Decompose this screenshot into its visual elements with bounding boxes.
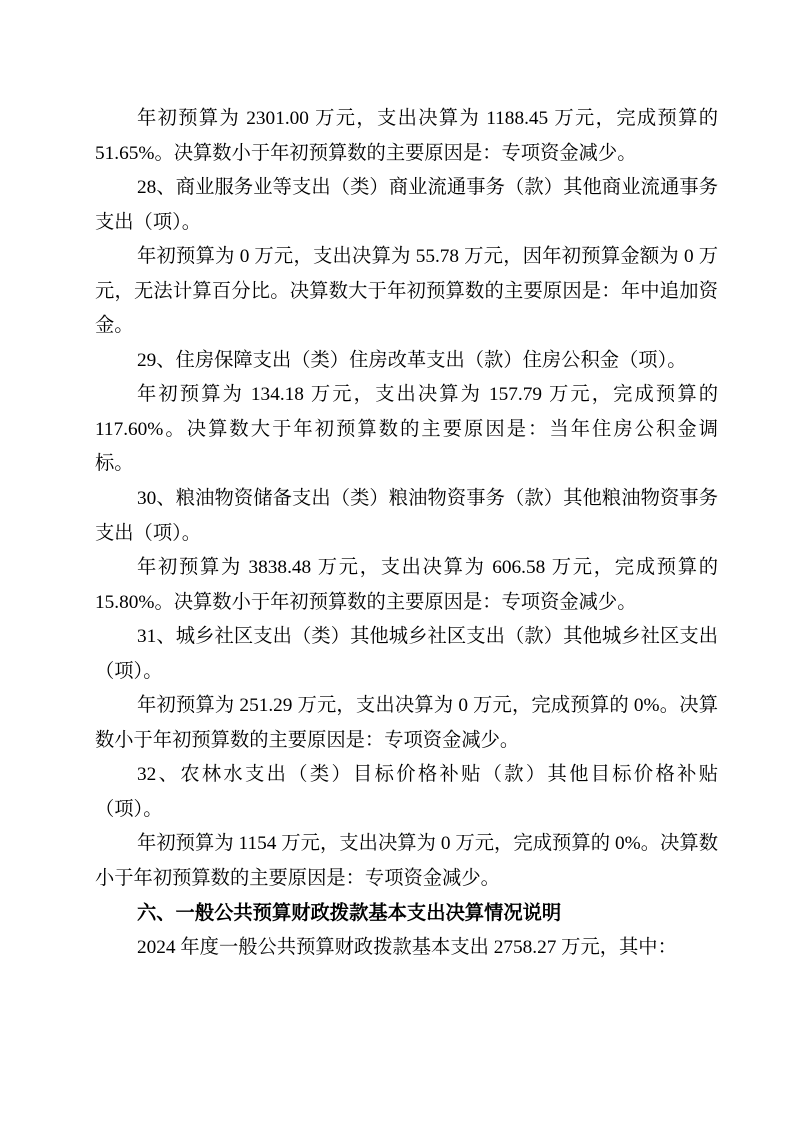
page-body: 年初预算为 2301.00 万元，支出决算为 1188.45 万元，完成预算的5…	[95, 102, 718, 966]
text-line: 32、农林水支出（类）目标价格补贴（款）其他目标价格补贴	[95, 758, 718, 793]
text-line: 年初预算为 1154 万元，支出决算为 0 万元，完成预算的 0%。决算数	[95, 827, 718, 862]
text-line: 31、城乡社区支出（类）其他城乡社区支出（款）其他城乡社区支出	[95, 620, 718, 655]
text-line: 标。	[95, 447, 718, 482]
text-line: 年初预算为 2301.00 万元，支出决算为 1188.45 万元，完成预算的	[95, 102, 718, 137]
text-line: （项）。	[95, 793, 718, 828]
text-line: 支出（项）。	[95, 517, 718, 552]
text-line: 28、商业服务业等支出（类）商业流通事务（款）其他商业流通事务	[95, 171, 718, 206]
paragraph: 2024 年度一般公共预算财政拨款基本支出 2758.27 万元，其中：	[95, 931, 718, 966]
text-line: 数小于年初预算数的主要原因是：专项资金减少。	[95, 724, 718, 759]
section-heading: 六、一般公共预算财政拨款基本支出决算情况说明	[95, 897, 718, 932]
text-line: 51.65%。决算数小于年初预算数的主要原因是：专项资金减少。	[95, 137, 718, 172]
text-line: 年初预算为 251.29 万元，支出决算为 0 万元，完成预算的 0%。决算	[95, 689, 718, 724]
paragraph: 30、粮油物资储备支出（类）粮油物资事务（款）其他粮油物资事务支出（项）。	[95, 482, 718, 551]
paragraph: 29、住房保障支出（类）住房改革支出（款）住房公积金（项）。	[95, 344, 718, 379]
text-line: 支出（项）。	[95, 206, 718, 241]
text-line: 30、粮油物资储备支出（类）粮油物资事务（款）其他粮油物资事务	[95, 482, 718, 517]
paragraph: 32、农林水支出（类）目标价格补贴（款）其他目标价格补贴（项）。	[95, 758, 718, 827]
text-line: 29、住房保障支出（类）住房改革支出（款）住房公积金（项）。	[95, 344, 718, 379]
text-line: 年初预算为 0 万元，支出决算为 55.78 万元，因年初预算金额为 0 万	[95, 240, 718, 275]
text-line: 117.60%。决算数大于年初预算数的主要原因是：当年住房公积金调	[95, 413, 718, 448]
text-line: 年初预算为 3838.48 万元，支出决算为 606.58 万元，完成预算的	[95, 551, 718, 586]
paragraph: 年初预算为 2301.00 万元，支出决算为 1188.45 万元，完成预算的5…	[95, 102, 718, 171]
text-line: 年初预算为 134.18 万元，支出决算为 157.79 万元，完成预算的	[95, 378, 718, 413]
text-line: 元，无法计算百分比。决算数大于年初预算数的主要原因是：年中追加资	[95, 275, 718, 310]
text-line: （项）。	[95, 655, 718, 690]
paragraph: 年初预算为 3838.48 万元，支出决算为 606.58 万元，完成预算的15…	[95, 551, 718, 620]
text-line: 六、一般公共预算财政拨款基本支出决算情况说明	[95, 897, 718, 932]
paragraph: 31、城乡社区支出（类）其他城乡社区支出（款）其他城乡社区支出（项）。	[95, 620, 718, 689]
text-line: 2024 年度一般公共预算财政拨款基本支出 2758.27 万元，其中：	[95, 931, 718, 966]
paragraph: 年初预算为 0 万元，支出决算为 55.78 万元，因年初预算金额为 0 万元，…	[95, 240, 718, 344]
paragraph: 年初预算为 251.29 万元，支出决算为 0 万元，完成预算的 0%。决算数小…	[95, 689, 718, 758]
text-line: 小于年初预算数的主要原因是：专项资金减少。	[95, 862, 718, 897]
paragraph: 28、商业服务业等支出（类）商业流通事务（款）其他商业流通事务支出（项）。	[95, 171, 718, 240]
paragraph: 年初预算为 134.18 万元，支出决算为 157.79 万元，完成预算的117…	[95, 378, 718, 482]
text-line: 金。	[95, 309, 718, 344]
paragraph: 年初预算为 1154 万元，支出决算为 0 万元，完成预算的 0%。决算数小于年…	[95, 827, 718, 896]
document-page: 年初预算为 2301.00 万元，支出决算为 1188.45 万元，完成预算的5…	[0, 0, 793, 1122]
text-line: 15.80%。决算数小于年初预算数的主要原因是：专项资金减少。	[95, 586, 718, 621]
